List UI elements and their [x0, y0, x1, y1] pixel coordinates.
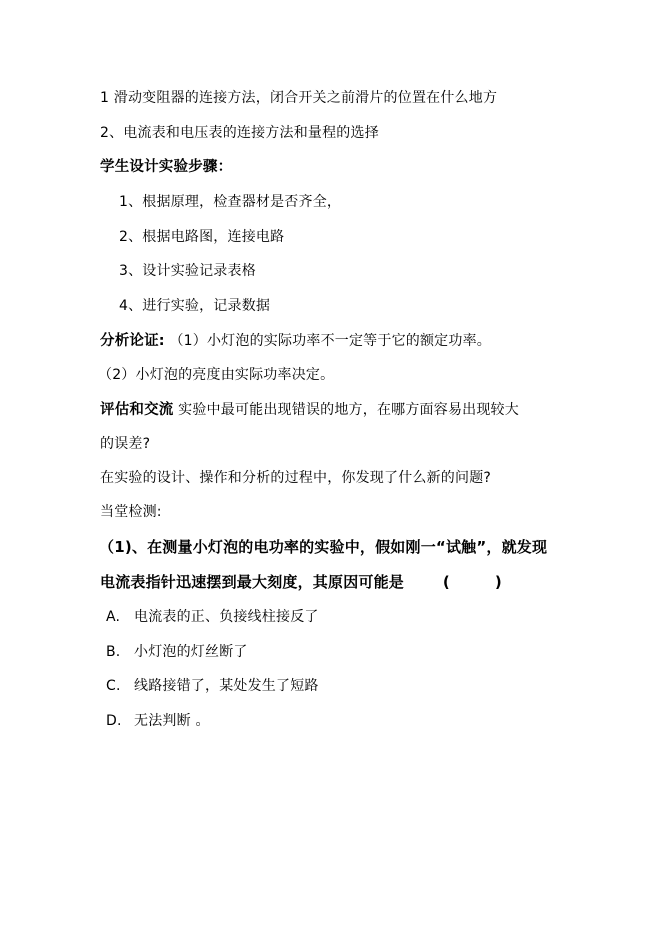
design-steps-heading: 学生设计实验步骤： [100, 157, 232, 177]
quiz-question-line-1: （1)、在测量小灯泡的电功率的实验中，假如刚一“试触”，就发现 [99, 537, 547, 557]
evaluation-text: 实验中最可能出现错误的地方，在哪方面容易出现较大 [178, 402, 519, 418]
option-label: D. [106, 711, 134, 731]
evaluation-heading: 评估和交流 [100, 402, 174, 418]
design-step-3: 3、设计实验记录表格 [119, 261, 256, 281]
quiz-heading: 当堂检测: [100, 502, 162, 522]
quiz-option-c: C.线路接错了，某处发生了短路 [106, 676, 319, 696]
text-line-meters: 2、电流表和电压表的连接方法和量程的选择 [100, 123, 379, 143]
analysis-line-1: 分析论证: （1）小灯泡的实际功率不一定等于它的额定功率。 [100, 331, 491, 351]
option-label: A. [106, 607, 134, 627]
analysis-heading: 分析论证: [100, 333, 165, 349]
analysis-point-2: （2）小灯泡的亮度由实际功率决定。 [98, 365, 334, 385]
option-label: B. [106, 642, 134, 662]
evaluation-text-continued: 的误差? [100, 434, 150, 454]
quiz-option-d: D.无法判断 。 [106, 711, 210, 731]
design-step-2: 2、根据电路图，连接电路 [119, 227, 284, 247]
answer-blank-open: ( [443, 573, 450, 591]
option-text: 电流表的正、负接线柱接反了 [134, 609, 319, 625]
analysis-point-1: （1）小灯泡的实际功率不一定等于它的额定功率。 [169, 333, 491, 349]
document-page: 1 滑动变阻器的连接方法，闭合开关之前滑片的位置在什么地方 2、电流表和电压表的… [0, 0, 661, 935]
quiz-question-line-2: 电流表指针迅速摆到最大刻度，其原因可能是 ( ) [100, 572, 502, 592]
quiz-option-a: A.电流表的正、负接线柱接反了 [106, 607, 319, 627]
option-text: 线路接错了，某处发生了短路 [134, 678, 319, 694]
text-line-rheostat: 1 滑动变阻器的连接方法，闭合开关之前滑片的位置在什么地方 [100, 88, 497, 108]
answer-blank-close: ) [495, 573, 502, 591]
evaluation-line-1: 评估和交流 实验中最可能出现错误的地方，在哪方面容易出现较大 [100, 400, 519, 420]
quiz-question-text: 电流表指针迅速摆到最大刻度，其原因可能是 [100, 573, 404, 591]
evaluation-question: 在实验的设计、操作和分析的过程中，你发现了什么新的问题? [100, 468, 491, 488]
design-step-4: 4、进行实验，记录数据 [119, 296, 270, 316]
option-text: 无法判断 。 [134, 713, 210, 729]
option-label: C. [106, 676, 134, 696]
option-text: 小灯泡的灯丝断了 [134, 644, 248, 660]
design-step-1: 1、根据原理，检查器材是否齐全， [119, 192, 341, 212]
quiz-option-b: B.小灯泡的灯丝断了 [106, 642, 248, 662]
